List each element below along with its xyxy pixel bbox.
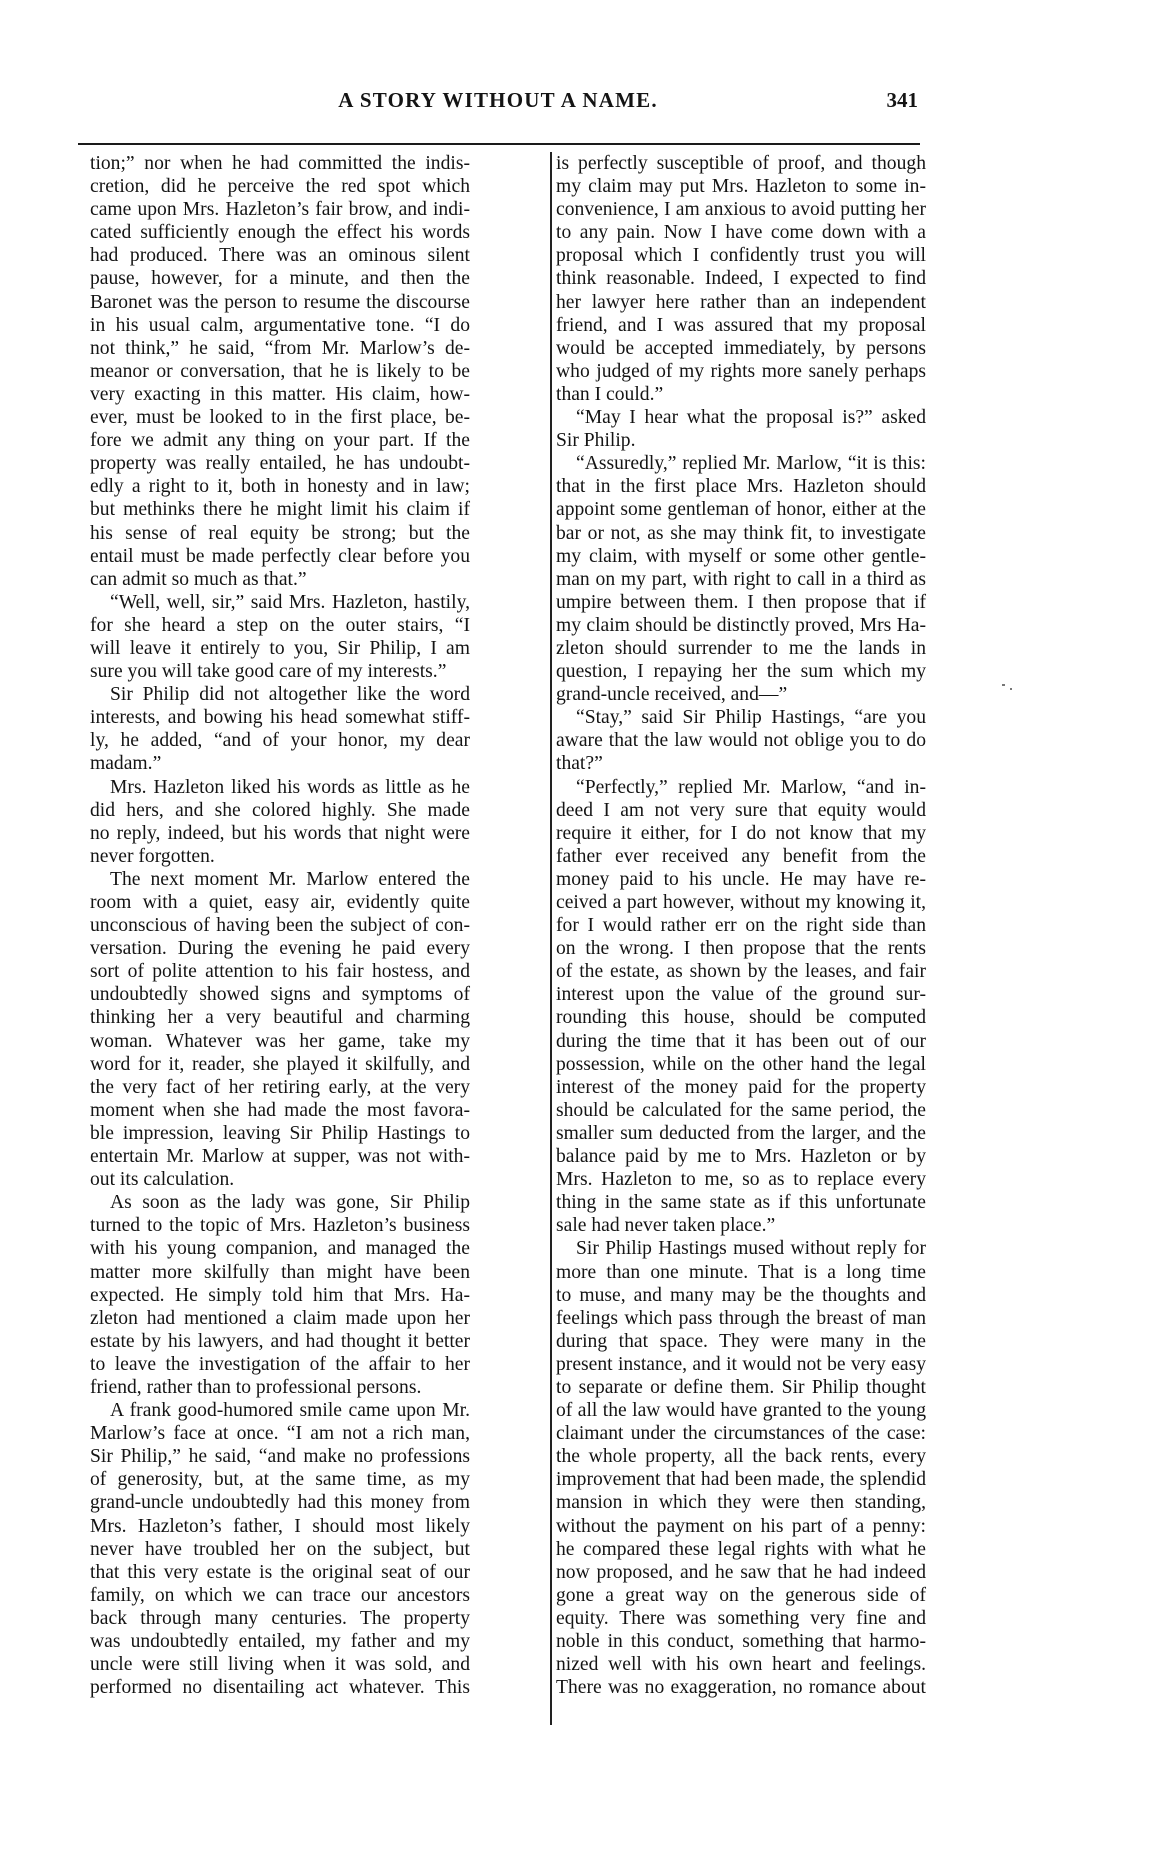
text-line: the whole property, all the back rents, …	[556, 1445, 926, 1468]
text-line: grand-uncle received, and—”	[556, 683, 926, 706]
text-line: room with a quiet, easy air, evidently q…	[90, 891, 470, 914]
text-line: that this very estate is the original se…	[90, 1561, 470, 1584]
text-line: sure you will take good care of my inter…	[90, 660, 470, 683]
text-line: property was really entailed, he has und…	[90, 452, 470, 475]
text-line: grand-uncle undoubtedly had this money f…	[90, 1491, 470, 1514]
text-line: sale had never taken place.”	[556, 1214, 926, 1237]
text-line: meanor or conversation, that he is likel…	[90, 360, 470, 383]
text-line: ble impression, leaving Sir Philip Hasti…	[90, 1122, 470, 1145]
scan-speck	[1010, 688, 1012, 690]
text-line: thing in the same state as if this unfor…	[556, 1191, 926, 1214]
text-line: came upon Mrs. Hazleton’s fair brow, and…	[90, 198, 470, 221]
text-line: The next moment Mr. Marlow entered the	[90, 868, 470, 891]
text-line: for I would rather err on the right side…	[556, 914, 926, 937]
text-line: than I could.”	[556, 383, 926, 406]
text-line: noble in this conduct, something that ha…	[556, 1630, 926, 1653]
running-title: A STORY WITHOUT A NAME.	[78, 88, 878, 113]
text-line: word for it, reader, she played it skilf…	[90, 1053, 470, 1076]
text-line: to any pain. Now I have come down with a	[556, 221, 926, 244]
text-line: can admit so much as that.”	[90, 568, 470, 591]
text-line: should be calculated for the same period…	[556, 1099, 926, 1122]
text-line: interests, and bowing his head somewhat …	[90, 706, 470, 729]
text-line: that in the first place Mrs. Hazleton sh…	[556, 475, 926, 498]
text-line: with his young companion, and managed th…	[90, 1237, 470, 1260]
text-line: to separate or define them. Sir Philip t…	[556, 1376, 926, 1399]
text-line: during that space. They were many in the	[556, 1330, 926, 1353]
text-line: aware that the law would not oblige you …	[556, 729, 926, 752]
text-line: “Well, well, sir,” said Mrs. Hazleton, h…	[90, 591, 470, 614]
text-line: Marlow’s face at once. “I am not a rich …	[90, 1422, 470, 1445]
text-line: equity. There was something very fine an…	[556, 1607, 926, 1630]
text-line: “Stay,” said Sir Philip Hastings, “are y…	[556, 706, 926, 729]
text-line: interest of the money paid for the prope…	[556, 1076, 926, 1099]
text-line: pause, however, for a minute, and then t…	[90, 267, 470, 290]
text-line: family, on which we can trace our ancest…	[90, 1584, 470, 1607]
text-line: performed no disentailing act whatever. …	[90, 1676, 470, 1699]
text-line: my claim, with myself or some other gent…	[556, 545, 926, 568]
text-line: There was no exaggeration, no romance ab…	[556, 1676, 926, 1699]
text-line: convenience, I am anxious to avoid putti…	[556, 198, 926, 221]
text-line: Sir Philip did not altogether like the w…	[90, 683, 470, 706]
text-line: never have troubled her on the subject, …	[90, 1538, 470, 1561]
text-line: friend, rather than to professional pers…	[90, 1376, 470, 1399]
text-line: will leave it entirely to you, Sir Phili…	[90, 637, 470, 660]
text-line: to leave the investigation of the affair…	[90, 1353, 470, 1376]
text-line: to muse, and many may be the thoughts an…	[556, 1284, 926, 1307]
text-line: ceived a part however, without my knowin…	[556, 891, 926, 914]
text-line: ly, he added, “and of your honor, my dea…	[90, 729, 470, 752]
text-line: not think,” he said, “from Mr. Marlow’s …	[90, 337, 470, 360]
right-column: is perfectly susceptible of proof, and t…	[556, 152, 926, 1699]
text-line: question, I repaying her the sum which m…	[556, 660, 926, 683]
text-line: umpire between them. I then propose that…	[556, 591, 926, 614]
text-line: friend, and I was assured that my propos…	[556, 314, 926, 337]
text-line: nized well with his own heart and feelin…	[556, 1653, 926, 1676]
text-line: versation. During the evening he paid ev…	[90, 937, 470, 960]
text-line: improvement that had been made, the sple…	[556, 1468, 926, 1491]
text-line: turned to the topic of Mrs. Hazleton’s b…	[90, 1214, 470, 1237]
text-line: man on my part, with right to call in a …	[556, 568, 926, 591]
text-line: no reply, indeed, but his words that nig…	[90, 822, 470, 845]
text-line: Sir Philip.	[556, 429, 926, 452]
text-line: Sir Philip Hastings mused without reply …	[556, 1237, 926, 1260]
text-line: my claim should be distinctly proved, Mr…	[556, 614, 926, 637]
text-line: the very fact of her retiring early, at …	[90, 1076, 470, 1099]
text-line: proposal which I confidently trust you w…	[556, 244, 926, 267]
text-line: moment when she had made the most favora…	[90, 1099, 470, 1122]
text-line: interest upon the value of the ground su…	[556, 983, 926, 1006]
column-divider	[550, 152, 552, 1725]
text-line: money paid to his uncle. He may have re-	[556, 868, 926, 891]
text-line: fore we admit any thing on your part. If…	[90, 429, 470, 452]
text-line: he compared these legal rights with what…	[556, 1538, 926, 1561]
text-line: mansion in which they were then standing…	[556, 1491, 926, 1514]
text-line: matter more skilfully than might have be…	[90, 1261, 470, 1284]
text-line: undoubtedly showed signs and symptoms of	[90, 983, 470, 1006]
text-line: feelings which pass through the breast o…	[556, 1307, 926, 1330]
text-line: rounding this house, should be computed	[556, 1006, 926, 1029]
text-line: more than one minute. That is a long tim…	[556, 1261, 926, 1284]
page-header: A STORY WITHOUT A NAME. 341	[78, 88, 878, 118]
text-line: require it either, for I do not know tha…	[556, 822, 926, 845]
text-line: his sense of real equity be strong; but …	[90, 522, 470, 545]
text-line: Baronet was the person to resume the dis…	[90, 291, 470, 314]
text-line: sort of polite attention to his fair hos…	[90, 960, 470, 983]
text-line: but methinks there he might limit his cl…	[90, 498, 470, 521]
text-line: my claim may put Mrs. Hazleton to some i…	[556, 175, 926, 198]
text-line: of generosity, but, at the same time, as…	[90, 1468, 470, 1491]
text-line: cretion, did he perceive the red spot wh…	[90, 175, 470, 198]
text-line: had produced. There was an ominous silen…	[90, 244, 470, 267]
text-line: “Assuredly,” replied Mr. Marlow, “it is …	[556, 452, 926, 475]
text-line: now proposed, and he saw that he had ind…	[556, 1561, 926, 1584]
text-line: Sir Philip,” he said, “and make no profe…	[90, 1445, 470, 1468]
page-number: 341	[887, 88, 919, 113]
text-line: did hers, and she colored highly. She ma…	[90, 799, 470, 822]
text-line: entertain Mr. Marlow at supper, was not …	[90, 1145, 470, 1168]
text-line: never forgotten.	[90, 845, 470, 868]
text-line: claimant under the circumstances of the …	[556, 1422, 926, 1445]
text-line: smaller sum deducted from the larger, an…	[556, 1122, 926, 1145]
text-line: was undoubtedly entailed, my father and …	[90, 1630, 470, 1653]
text-line: uncle were still living when it was sold…	[90, 1653, 470, 1676]
text-line: woman. Whatever was her game, take my	[90, 1030, 470, 1053]
text-line: that?”	[556, 752, 926, 775]
text-line: “May I hear what the proposal is?” asked	[556, 406, 926, 429]
text-line: As soon as the lady was gone, Sir Philip	[90, 1191, 470, 1214]
text-line: “Perfectly,” replied Mr. Marlow, “and in…	[556, 776, 926, 799]
text-line: balance paid by me to Mrs. Hazleton or b…	[556, 1145, 926, 1168]
text-line: for she heard a step on the outer stairs…	[90, 614, 470, 637]
text-line: out its calculation.	[90, 1168, 470, 1191]
left-column: tion;” nor when he had committed the ind…	[90, 152, 470, 1699]
text-line: of all the law would have granted to the…	[556, 1399, 926, 1422]
text-line: in his usual calm, argumentative tone. “…	[90, 314, 470, 337]
text-line: bar or not, as she may think fit, to inv…	[556, 522, 926, 545]
text-line: edly a right to it, both in honesty and …	[90, 475, 470, 498]
text-line: who judged of my rights more sanely perh…	[556, 360, 926, 383]
text-line: appoint some gentleman of honor, either …	[556, 498, 926, 521]
text-line: zleton had mentioned a claim made upon h…	[90, 1307, 470, 1330]
text-line: think reasonable. Indeed, I expected to …	[556, 267, 926, 290]
text-line: A frank good-humored smile came upon Mr.	[90, 1399, 470, 1422]
text-line: cated sufficiently enough the effect his…	[90, 221, 470, 244]
text-line: Mrs. Hazleton to me, so as to replace ev…	[556, 1168, 926, 1191]
text-line: unconscious of having been the subject o…	[90, 914, 470, 937]
text-line: Mrs. Hazleton’s father, I should most li…	[90, 1515, 470, 1538]
text-line: on the wrong. I then propose that the re…	[556, 937, 926, 960]
text-line: back through many centuries. The propert…	[90, 1607, 470, 1630]
text-line: madam.”	[90, 752, 470, 775]
text-line: ever, must be looked to in the first pla…	[90, 406, 470, 429]
text-line: her lawyer here rather than an independe…	[556, 291, 926, 314]
text-line: zleton should surrender to me the lands …	[556, 637, 926, 660]
text-line: very exacting in this matter. His claim,…	[90, 383, 470, 406]
text-line: father ever received any benefit from th…	[556, 845, 926, 868]
text-line: is perfectly susceptible of proof, and t…	[556, 152, 926, 175]
text-line: entail must be made perfectly clear befo…	[90, 545, 470, 568]
text-line: estate by his lawyers, and had thought i…	[90, 1330, 470, 1353]
scan-speck	[1002, 684, 1005, 686]
text-line: thinking her a very beautiful and charmi…	[90, 1006, 470, 1029]
text-line: possession, while on the other hand the …	[556, 1053, 926, 1076]
header-rule	[78, 143, 920, 145]
text-line: expected. He simply told him that Mrs. H…	[90, 1284, 470, 1307]
text-line: would be accepted immediately, by person…	[556, 337, 926, 360]
text-line: tion;” nor when he had committed the ind…	[90, 152, 470, 175]
text-line: deed I am not very sure that equity woul…	[556, 799, 926, 822]
text-line: gone a great way on the generous side of	[556, 1584, 926, 1607]
text-line: present instance, and it would not be ve…	[556, 1353, 926, 1376]
text-line: Mrs. Hazleton liked his words as little …	[90, 776, 470, 799]
text-line: during the time that it has been out of …	[556, 1030, 926, 1053]
text-line: of the estate, as shown by the leases, a…	[556, 960, 926, 983]
text-line: without the payment on his part of a pen…	[556, 1515, 926, 1538]
